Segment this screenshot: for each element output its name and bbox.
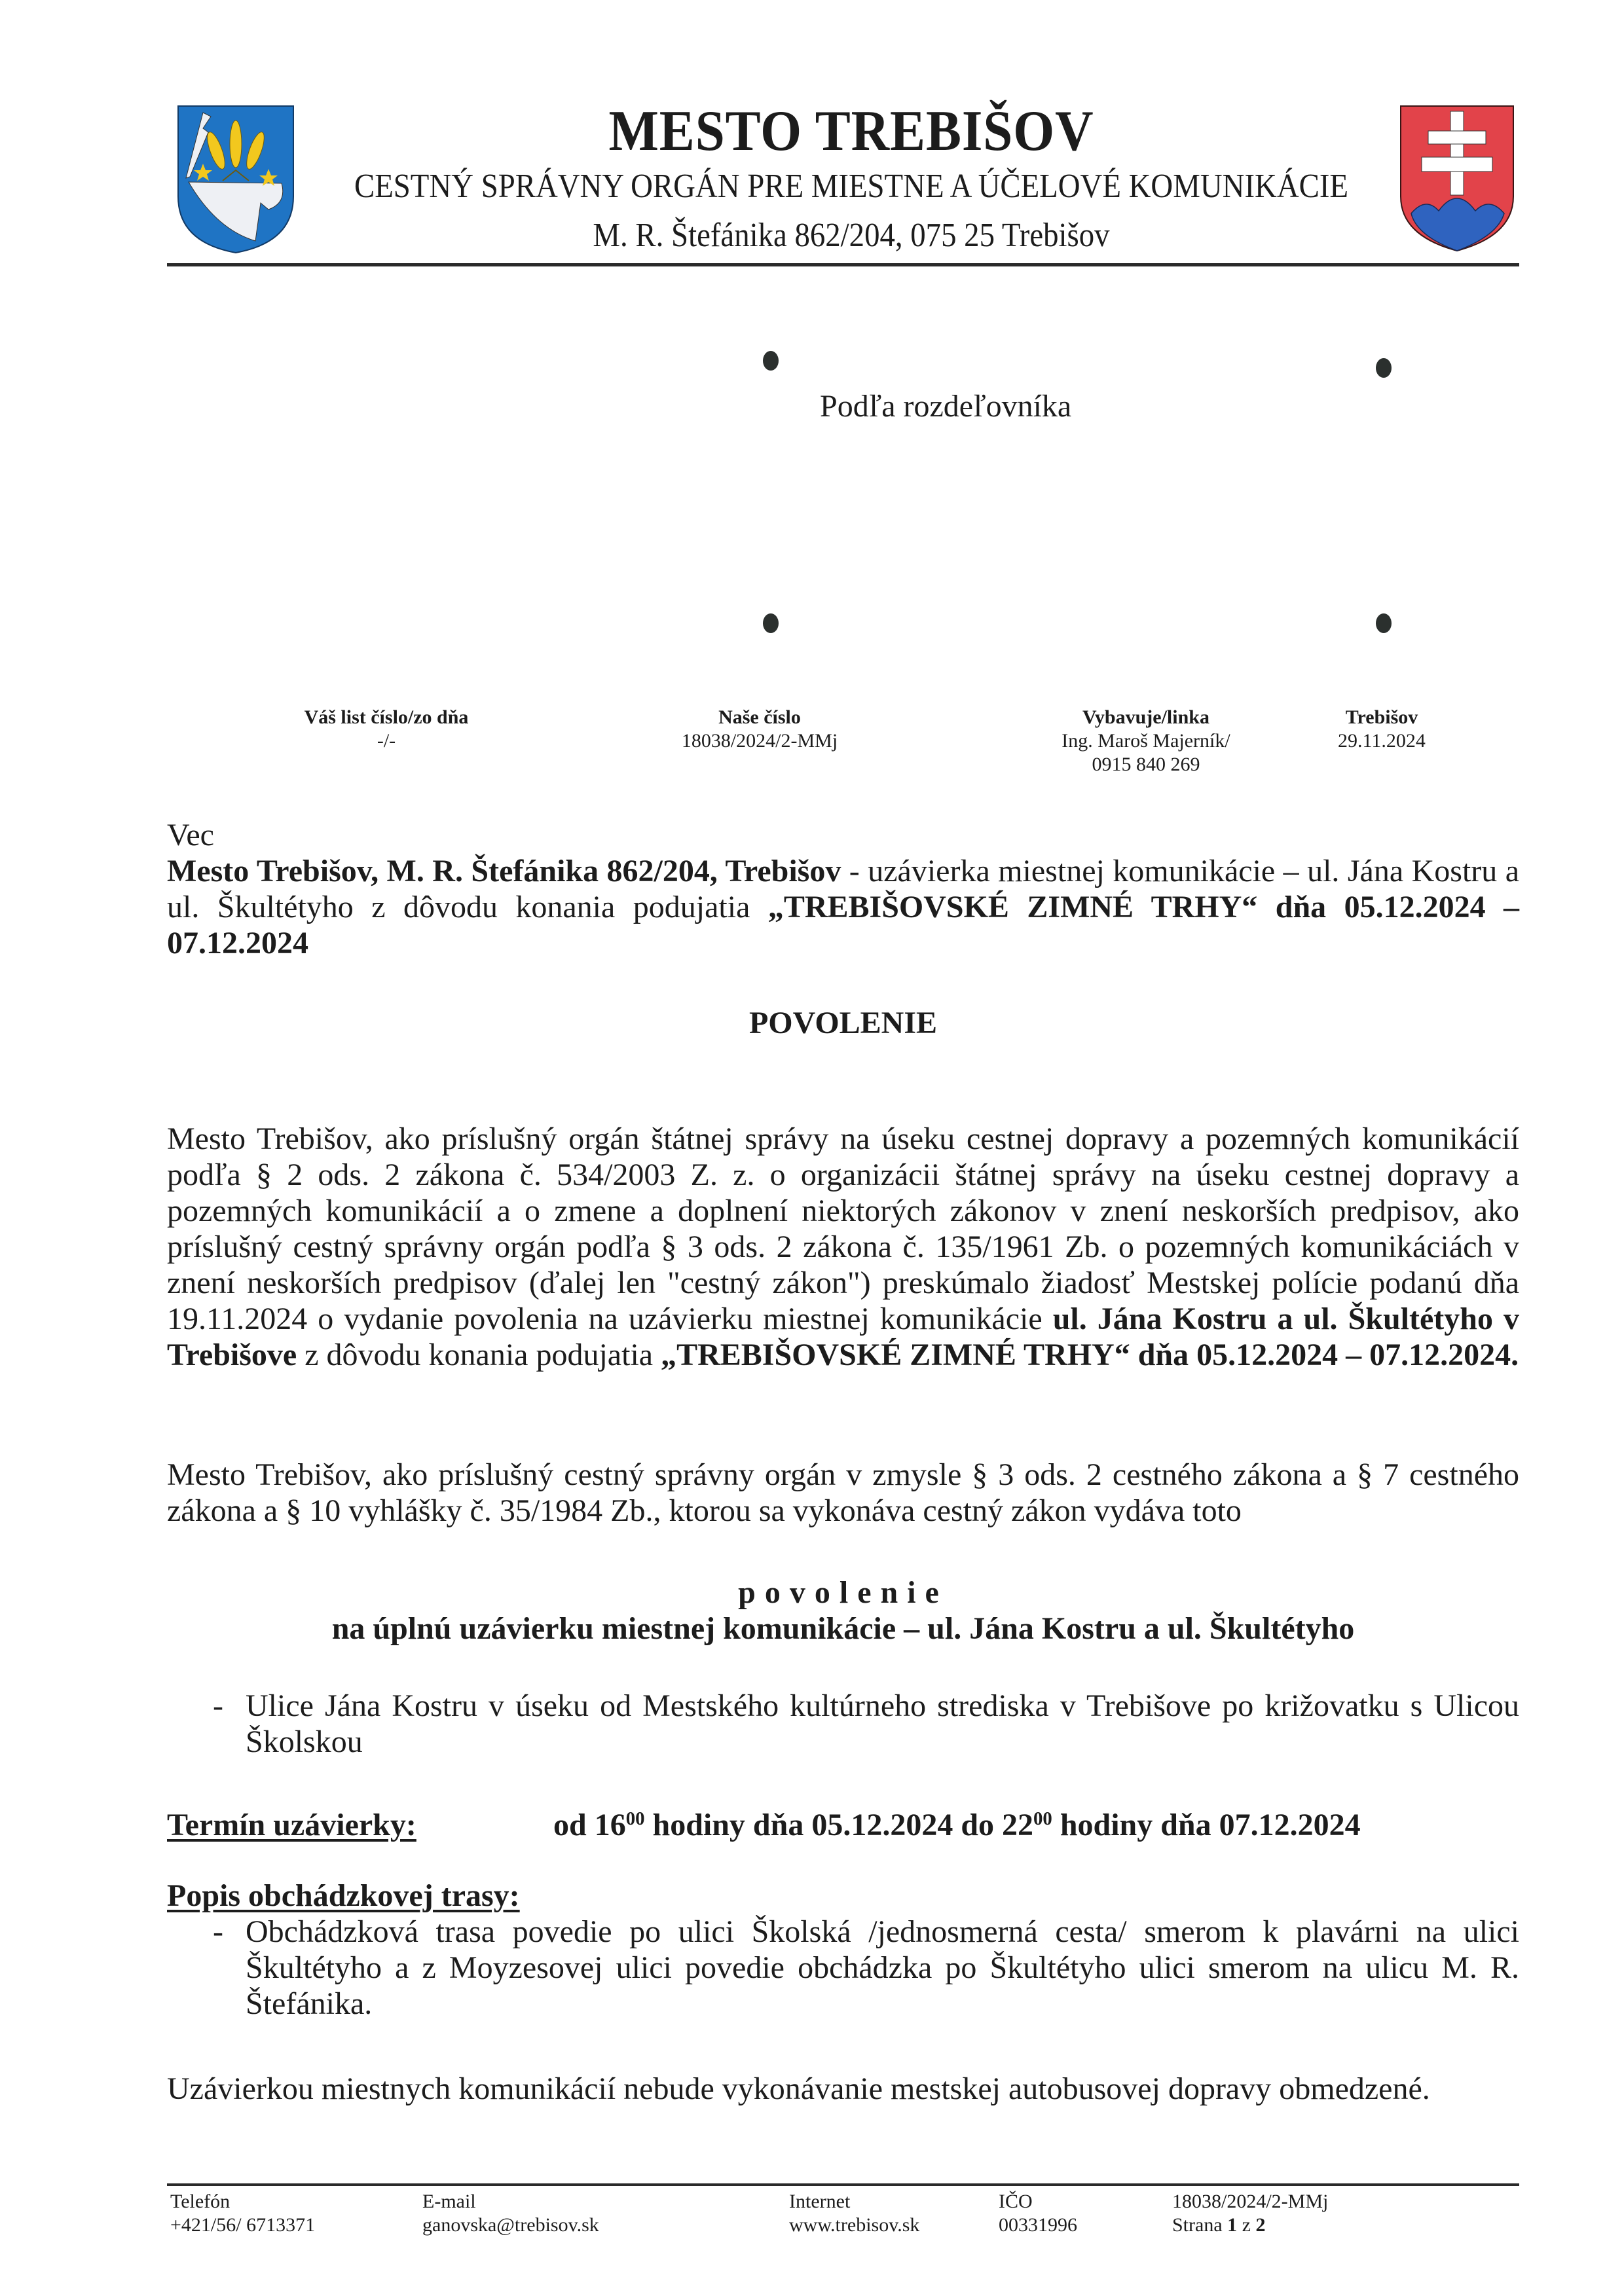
ref-label: Vybavuje/linka: [1008, 706, 1283, 729]
footer-email: E-mail ganovska@trebisov.sk: [422, 2190, 599, 2237]
term-to-date: hodiny dňa 07.12.2024: [1052, 1808, 1361, 1842]
ref-value: -/-: [249, 729, 524, 753]
trebisov-coat-of-arms-icon: [177, 105, 295, 254]
ref-value: Ing. Maroš Majerník/: [1008, 729, 1283, 753]
city-title: MESTO TREBIŠOV: [381, 98, 1321, 164]
subject-label: Vec: [167, 817, 214, 853]
term-to: hodiny dňa 05.12.2024 do 22: [645, 1808, 1034, 1842]
closure-item-text: Ulice Jána Kostru v úseku od Mestského k…: [246, 1688, 1519, 1760]
footer-email-link[interactable]: ganovska@trebisov.sk: [422, 2214, 599, 2237]
permit-word: povolenie: [167, 1575, 1519, 1611]
term-label: Termín uzávierky:: [167, 1808, 416, 1842]
page-total: 2: [1255, 2214, 1265, 2236]
ref-value: 29.11.2024: [1297, 729, 1467, 753]
term-value: od 1600 hodiny dňa 05.12.2024 do 2200 ho…: [553, 1807, 1361, 1843]
window-corner-dot-top-right: [1376, 358, 1392, 378]
ref-value: 18038/2024/2-MMj: [622, 729, 897, 753]
ref-label: Trebišov: [1297, 706, 1467, 729]
footer-website-link[interactable]: www.trebisov.sk: [789, 2214, 919, 2237]
bullet-dash: -: [167, 1914, 246, 2022]
term-to-minutes: 00: [1033, 1808, 1052, 1829]
subject-event: „TREBIŠOVSKÉ ZIMNÉ TRHY“: [768, 890, 1258, 924]
paragraph-middle: z dôvodu konania podujatia: [297, 1338, 661, 1372]
detour-label-text: Popis obchádzkovej trasy:: [167, 1878, 520, 1913]
ref-label: Naše číslo: [622, 706, 897, 729]
page-prefix: Strana: [1172, 2214, 1227, 2236]
ref-handled-by: Vybavuje/linka Ing. Maroš Majerník/ 0915…: [1008, 706, 1283, 776]
footer-internet: Internet www.trebisov.sk: [789, 2190, 919, 2237]
footer-doc: 18038/2024/2-MMj Strana 1 z 2: [1172, 2190, 1328, 2237]
footer-divider: [167, 2183, 1519, 2186]
footer-ico-value: 00331996: [999, 2214, 1077, 2237]
slovak-coat-of-arms-icon: [1399, 105, 1515, 252]
footer-page-indicator: Strana 1 z 2: [1172, 2214, 1328, 2237]
ref-our-number: Naše číslo 18038/2024/2-MMj: [622, 706, 897, 753]
authority-address: M. R. Štefánika 862/204, 075 25 Trebišov: [344, 216, 1358, 255]
page-current: 1: [1227, 2214, 1237, 2236]
window-corner-dot-top-left: [763, 351, 779, 371]
authority-subtitle: CESTNÝ SPRÁVNY ORGÁN PRE MIESTNE A ÚČELO…: [344, 167, 1358, 206]
footer-internet-label: Internet: [789, 2190, 919, 2214]
closure-list: - Ulice Jána Kostru v úseku od Mestského…: [167, 1688, 1519, 1760]
paragraph-decision: Mesto Trebišov, ako príslušný cestný spr…: [167, 1457, 1519, 1529]
page-sep: z: [1237, 2214, 1255, 2236]
footer-phone-value: +421/56/ 6713371: [170, 2214, 315, 2237]
paragraph-legal-basis: Mesto Trebišov, ako príslušný orgán štát…: [167, 1121, 1519, 1373]
subject-bold: Mesto Trebišov, M. R. Štefánika 862/204,…: [167, 854, 841, 888]
permit-scope: na úplnú uzávierku miestnej komunikácie …: [167, 1611, 1519, 1647]
ref-place-date: Trebišov 29.11.2024: [1297, 706, 1467, 753]
footer-phone-label: Telefón: [170, 2190, 315, 2214]
footer-ico-label: IČO: [999, 2190, 1077, 2214]
list-item: - Obchádzková trasa povedie po ulici Ško…: [167, 1914, 1519, 2022]
footer-email-label: E-mail: [422, 2190, 599, 2214]
document-heading: POVOLENIE: [167, 1005, 1519, 1041]
list-item: - Ulice Jána Kostru v úseku od Mestského…: [167, 1688, 1519, 1760]
detour-item-text: Obchádzková trasa povedie po ulici Škols…: [246, 1914, 1519, 2022]
detour-label: Popis obchádzkovej trasy:: [167, 1878, 520, 1914]
subject: Mesto Trebišov, M. R. Štefánika 862/204,…: [167, 853, 1519, 961]
term-row: Termín uzávierky: od 1600 hodiny dňa 05.…: [167, 1807, 1519, 1843]
ref-value-phone: 0915 840 269: [1008, 753, 1283, 776]
footer-ico: IČO 00331996: [999, 2190, 1077, 2237]
term-from: od 16: [553, 1808, 626, 1842]
detour-list: - Obchádzková trasa povedie po ulici Ško…: [167, 1914, 1519, 2022]
recipient: Podľa rozdeľovníka: [820, 388, 1071, 424]
term-from-minutes: 00: [626, 1808, 645, 1829]
footer-doc-number: 18038/2024/2-MMj: [1172, 2190, 1328, 2214]
window-corner-dot-bottom-right: [1376, 613, 1392, 633]
closing-note: Uzávierkou miestnych komunikácií nebude …: [167, 2071, 1519, 2107]
ref-your-letter: Váš list číslo/zo dňa -/-: [249, 706, 524, 753]
footer-phone: Telefón +421/56/ 6713371: [170, 2190, 315, 2237]
paragraph-event: „TREBIŠOVSKÉ ZIMNÉ TRHY“ dňa 05.12.2024 …: [661, 1338, 1519, 1372]
subject-date-prefix: dňa: [1257, 890, 1344, 924]
window-corner-dot-bottom-left: [763, 613, 779, 633]
ref-label: Váš list číslo/zo dňa: [249, 706, 524, 729]
bullet-dash: -: [167, 1688, 246, 1760]
header-divider: [167, 263, 1519, 266]
